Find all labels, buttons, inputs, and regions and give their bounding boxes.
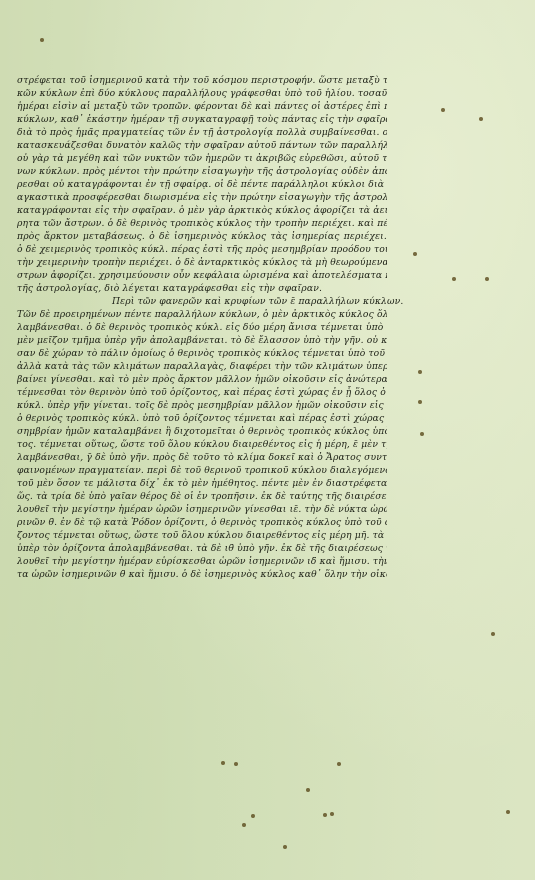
text-line: τῆς ἀστρολογίας, διὸ λέγεται καταγράφεσθ… — [17, 282, 387, 295]
text-line: πρὸς ἄρκτον μεταβάσεως. ὁ δὲ ἰσημερινὸς … — [17, 230, 387, 243]
wormhole-mark — [413, 252, 417, 256]
text-line: ρητα τῶν ἄστρων. ὁ δὲ θερινὸς τροπικὸς κ… — [17, 217, 387, 230]
text-line: κῶν κύκλων ἐπὶ δύο κύκλους παραλλήλους γ… — [17, 87, 387, 100]
text-line: ρεσθαι οὐ καταγράφονται ἐν τῇ σφαίρᾳ. οἱ… — [17, 178, 387, 191]
wormhole-mark — [234, 762, 238, 766]
wormhole-mark — [242, 823, 246, 827]
scanned-page: στρέφεται τοῦ ἰσημερινοῦ κατὰ τὴν τοῦ κό… — [0, 0, 535, 880]
text-line: φαινομένων πραγματείαν. περὶ δὲ τοῦ θερι… — [17, 464, 387, 477]
text-column: στρέφεται τοῦ ἰσημερινοῦ κατὰ τὴν τοῦ κό… — [17, 74, 387, 581]
text-line: σαν δὲ χώραν τὸ πάλιν ὁμοίως ὁ θερινὸς τ… — [17, 347, 387, 360]
text-line: κύκλων, καθ᾽ ἑκάστην ἡμέραν τῇ συγκαταγρ… — [17, 113, 387, 126]
text-line: ἀλλὰ κατὰ τὰς τῶν κλιμάτων παραλλαγὰς, δ… — [17, 360, 387, 373]
wormhole-mark — [283, 845, 287, 849]
wormhole-mark — [485, 277, 489, 281]
wormhole-mark — [306, 788, 310, 792]
wormhole-mark — [479, 117, 483, 121]
text-line: ὥς. τὰ τρία δὲ ὑπὸ γαῖαν θέρος δὲ οἱ ἐν … — [17, 490, 387, 503]
text-line: τοῦ μὲν ὅσον τε μάλιστα δίχ᾽ ἐκ τὸ μὲν ἡ… — [17, 477, 387, 490]
wormhole-mark — [441, 108, 445, 112]
wormhole-mark — [330, 812, 334, 816]
text-line: νων κύκλων. πρὸς μέντοι τὴν πρώτην εἰσαγ… — [17, 165, 387, 178]
wormhole-mark — [452, 277, 456, 281]
text-line: λαμβάνεσθαι, γ̄ δὲ ὑπὸ γῆν. πρὸς δὲ τοῦτ… — [17, 451, 387, 464]
section-heading: Περὶ τῶν φανερῶν καὶ κρυφίων τῶν ε̄ παρα… — [17, 295, 387, 308]
text-line: λουθεῖ τὴν μεγίστην ἡμέραν εὑρίσκεσθαι ὡ… — [17, 555, 387, 568]
text-line: λαμβάνεσθαι. ὁ δὲ θερινὸς τροπικὸς κύκλ.… — [17, 321, 387, 334]
wormhole-mark — [420, 432, 424, 436]
text-line: τὴν χειμερινὴν τροπὴν περιέχει. ὁ δὲ ἀντ… — [17, 256, 387, 269]
text-line: στρων ἀφορίζει. χρησιμεύουσιν οὖν κεφάλα… — [17, 269, 387, 282]
text-line: σημβρίαν ἡμῶν καταλαμβάνει ἣ διχοτομεῖτα… — [17, 425, 387, 438]
text-line: ὁ θερινὸς τροπικὸς κύκλ. ὑπὸ τοῦ ὁρίζοντ… — [17, 412, 387, 425]
text-line: αγκαστικὰ προσφέρεσθαι διωρισμένα εἰς τὴ… — [17, 191, 387, 204]
wormhole-mark — [40, 38, 44, 42]
wormhole-mark — [506, 810, 510, 814]
text-line: τος. τέμνεται οὕτως, ὥστε τοῦ ὅλου κύκλο… — [17, 438, 387, 451]
wormhole-mark — [418, 400, 422, 404]
text-line: λουθεῖ τὴν μεγίστην ἡμέραν ὡρῶν ἰσημεριν… — [17, 503, 387, 516]
wormhole-mark — [491, 632, 495, 636]
text-line: καταγράφονται εἰς τὴν σφαῖραν. ὁ μὲν γὰρ… — [17, 204, 387, 217]
wormhole-mark — [418, 370, 422, 374]
text-line: ἡμέραι εἰσὶν αἱ μεταξὺ τῶν τροπῶν. φέρον… — [17, 100, 387, 113]
text-line: κατασκευάζεσθαι δυνατὸν καλῶς τὴν σφαῖρα… — [17, 139, 387, 152]
text-line: Τῶν δὲ προειρημένων πέντε παραλλήλων κύκ… — [17, 308, 387, 321]
text-line: ὑπὲρ τὸν ὁρίζοντα ἀπολαμβάνεσθαι. τὰ δὲ … — [17, 542, 387, 555]
wormhole-mark — [323, 813, 327, 817]
wormhole-mark — [337, 762, 341, 766]
text-line: μὲν μεῖζον τμῆμα ὑπὲρ γῆν ἀπολαμβάνεται.… — [17, 334, 387, 347]
text-line: βαίνει γίνεσθαι. καὶ τὸ μὲν πρὸς ἄρκτον … — [17, 373, 387, 386]
wormhole-mark — [251, 814, 255, 818]
text-line: ρινῶν θ̄. ἐν δὲ τῷ κατὰ Ῥόδον ὁρίζοντι, … — [17, 516, 387, 529]
text-line: κύκλ. ὑπὲρ γῆν γίνεται. τοῖς δὲ πρὸς μεσ… — [17, 399, 387, 412]
text-line: οὐ γὰρ τὰ μεγέθη καὶ τῶν νυκτῶν τῶν ἡμερ… — [17, 152, 387, 165]
text-line: τα ὡρῶν ἰσημερινῶν θ̄ καὶ ἥμισυ. ὁ δὲ ἰσ… — [17, 568, 387, 581]
text-line: στρέφεται τοῦ ἰσημερινοῦ κατὰ τὴν τοῦ κό… — [17, 74, 387, 87]
text-line: διὰ τὸ πρὸς ἡμᾶς πραγματείας τῶν ἐν τῇ ἀ… — [17, 126, 387, 139]
wormhole-mark — [221, 761, 225, 765]
text-line: ζοντος τέμνεται οὕτως, ὥστε τοῦ ὅλου κύκ… — [17, 529, 387, 542]
text-line: ὁ δὲ χειμερινὸς τροπικὸς κύκλ. πέρας ἐστ… — [17, 243, 387, 256]
text-line: τέμνεσθαι τὸν θερινὸν ὑπὸ τοῦ ὁρίζοντος,… — [17, 386, 387, 399]
